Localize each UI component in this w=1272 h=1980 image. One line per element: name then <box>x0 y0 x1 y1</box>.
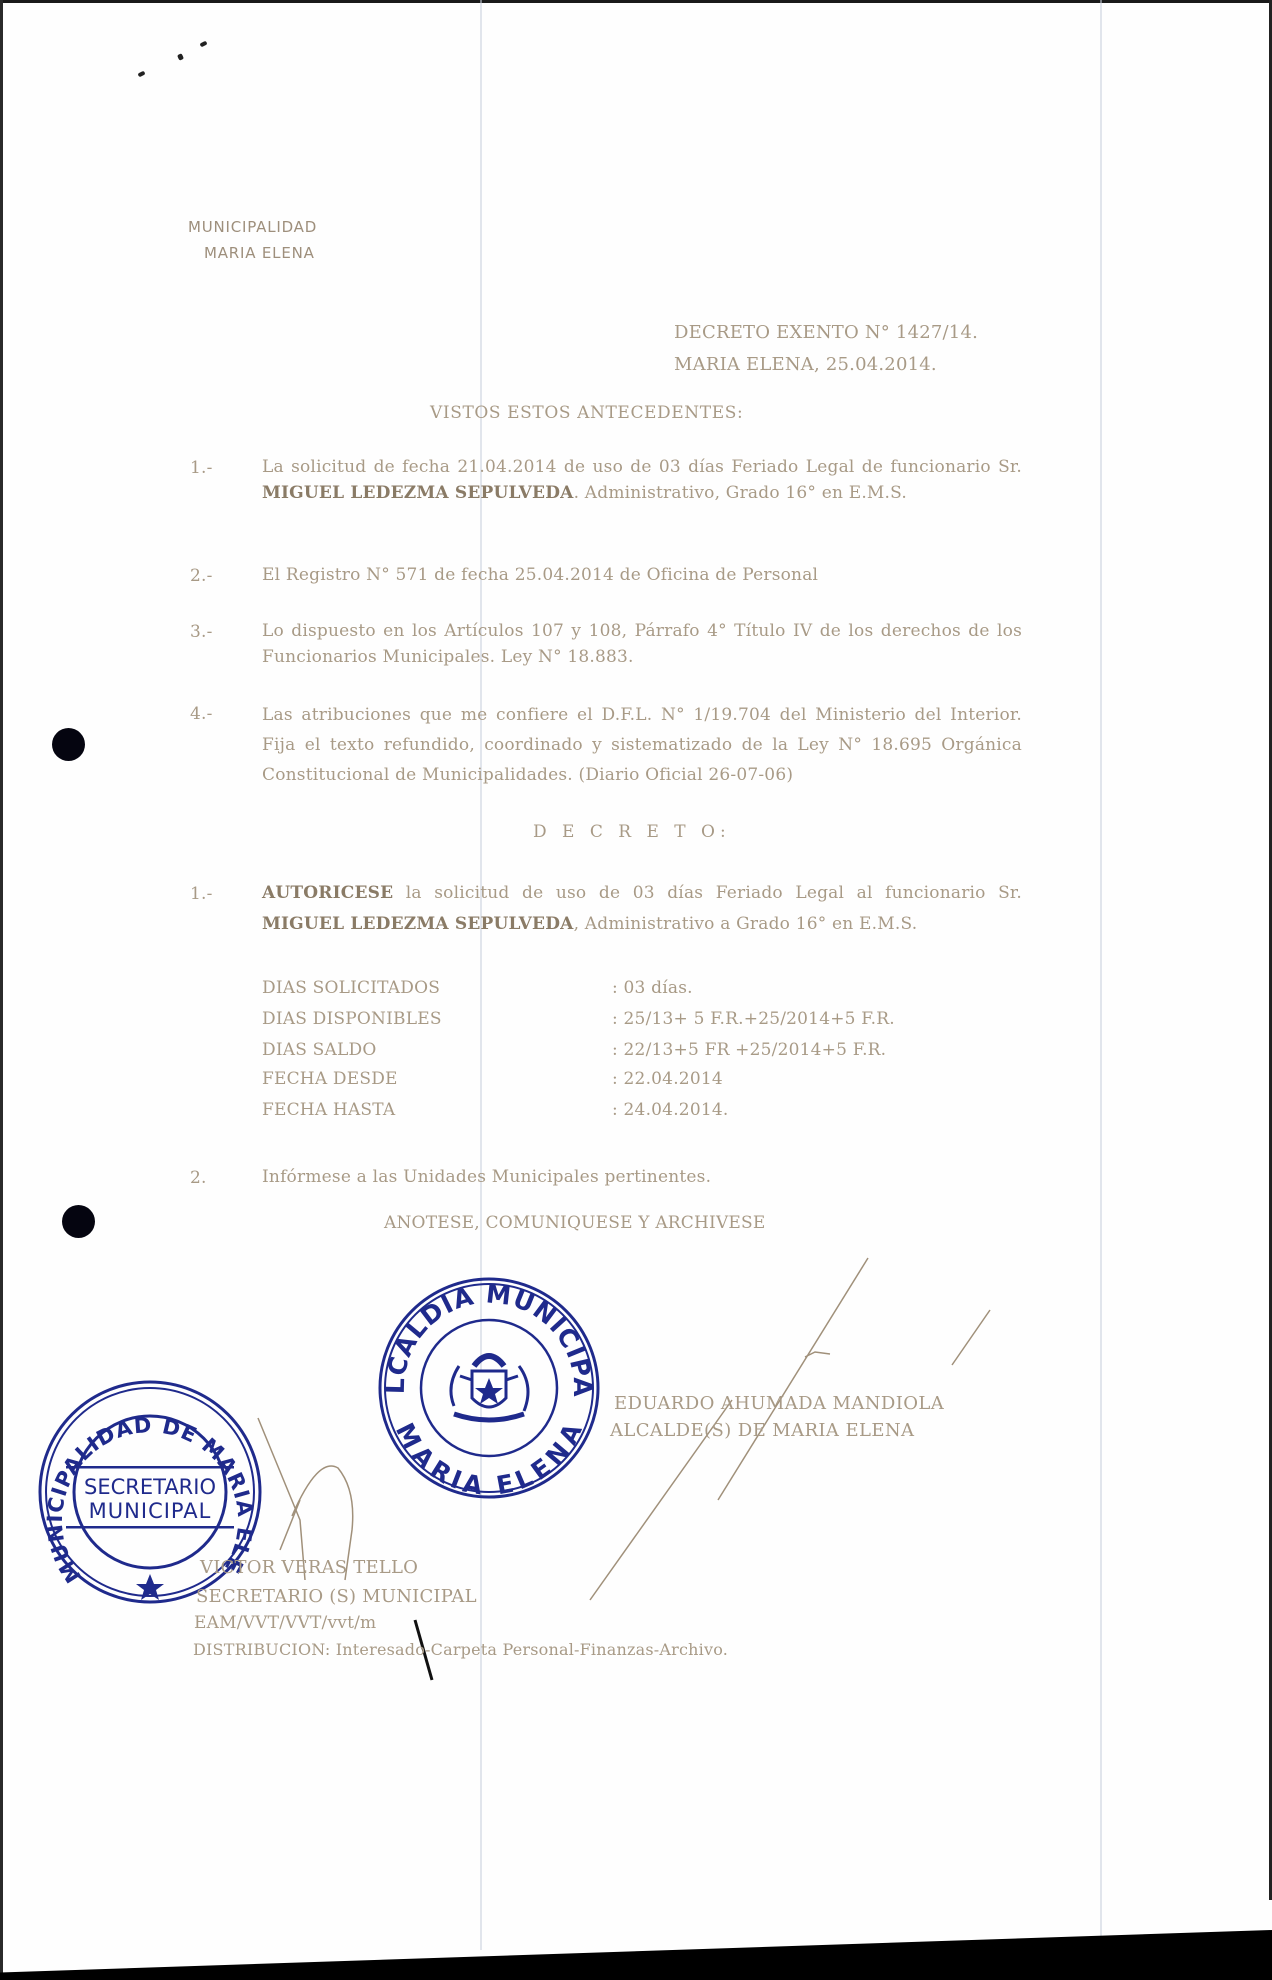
item-number: 2.- <box>190 566 213 586</box>
table-value: : 24.04.2014. <box>612 1100 728 1120</box>
item-number: 2. <box>190 1168 207 1188</box>
item-number: 3.- <box>190 622 213 642</box>
decree-number: DECRETO EXENTO N° 1427/14. <box>674 322 978 343</box>
svg-text:MARIA ELENA: MARIA ELENA <box>390 1418 588 1500</box>
item-text: , Administrativo a Grado 16° en E.M.S. <box>574 914 918 934</box>
authorization-keyword: AUTORICESE <box>262 883 393 903</box>
secretary-name: VICTOR VERAS TELLO <box>200 1557 418 1578</box>
distribution-list: DISTRIBUCION: Interesado-Carpeta Persona… <box>193 1640 728 1659</box>
decreto-item-2: Infórmese a las Unidades Municipales per… <box>262 1164 1022 1190</box>
item-text: . Administrativo, Grado 16° en E.M.S. <box>574 483 907 503</box>
table-label: DIAS DISPONIBLES <box>262 1009 442 1029</box>
closing-formula: ANOTESE, COMUNIQUESE Y ARCHIVESE <box>384 1213 766 1233</box>
employee-name: MIGUEL LEDEZMA SEPULVEDA <box>262 483 574 503</box>
mayor-title: ALCALDE(S) DE MARIA ELENA <box>610 1420 914 1441</box>
item-number: 4.- <box>190 704 213 724</box>
scan-bottom-edge <box>0 1930 1272 1980</box>
antecedente-item-4: Las atribuciones que me confiere el D.F.… <box>262 700 1022 790</box>
mayor-name: EDUARDO AHUMADA MANDIOLA <box>614 1393 944 1414</box>
employee-name: MIGUEL LEDEZMA SEPULVEDA <box>262 914 574 934</box>
scan-top-edge <box>0 0 1272 3</box>
item-number: 1.- <box>190 884 213 904</box>
svg-text:SECRETARIO: SECRETARIO <box>84 1475 216 1499</box>
antecedente-item-3: Lo dispuesto en los Artículos 107 y 108,… <box>262 618 1022 670</box>
institution-name: MUNICIPALIDAD <box>188 218 317 236</box>
reference-initials: EAM/VVT/VVT/vvt/m <box>194 1613 376 1633</box>
table-value: : 22/13+5 FR +25/2014+5 F.R. <box>612 1040 886 1060</box>
table-label: FECHA HASTA <box>262 1100 395 1120</box>
antecedente-item-2: El Registro N° 571 de fecha 25.04.2014 d… <box>262 562 1022 588</box>
item-text: la solicitud de uso de 03 días Feriado L… <box>393 883 1022 903</box>
mayor-stamp-seal-icon: ALCALDIA MUNICIPAL MARIA ELENA <box>374 1276 604 1500</box>
svg-text:MUNICIPAL: MUNICIPAL <box>89 1499 212 1523</box>
table-value: : 03 días. <box>612 978 693 998</box>
table-label: DIAS SOLICITADOS <box>262 978 440 998</box>
decree-place-date: MARIA ELENA, 25.04.2014. <box>674 354 937 375</box>
decreto-heading: D E C R E T O: <box>533 822 731 842</box>
item-number: 1.- <box>190 458 213 478</box>
fold-line <box>1100 0 1102 1950</box>
punch-hole <box>52 728 85 761</box>
punch-hole <box>62 1205 95 1238</box>
decreto-item-1: AUTORICESE la solicitud de uso de 03 día… <box>262 878 1022 940</box>
table-value: : 22.04.2014 <box>612 1069 723 1089</box>
scanned-document-page: MUNICIPALIDAD MARIA ELENA DECRETO EXENTO… <box>0 0 1272 1980</box>
antecedentes-heading: VISTOS ESTOS ANTECEDENTES: <box>430 403 743 423</box>
secretary-title: SECRETARIO (S) MUNICIPAL <box>196 1586 477 1607</box>
table-value: : 25/13+ 5 F.R.+25/2014+5 F.R. <box>612 1009 895 1029</box>
institution-city: MARIA ELENA <box>204 244 315 262</box>
antecedente-item-1: La solicitud de fecha 21.04.2014 de uso … <box>262 454 1022 506</box>
table-label: DIAS SALDO <box>262 1040 376 1060</box>
scan-left-edge <box>0 0 3 1980</box>
item-text: La solicitud de fecha 21.04.2014 de uso … <box>262 457 1022 477</box>
table-label: FECHA DESDE <box>262 1069 398 1089</box>
